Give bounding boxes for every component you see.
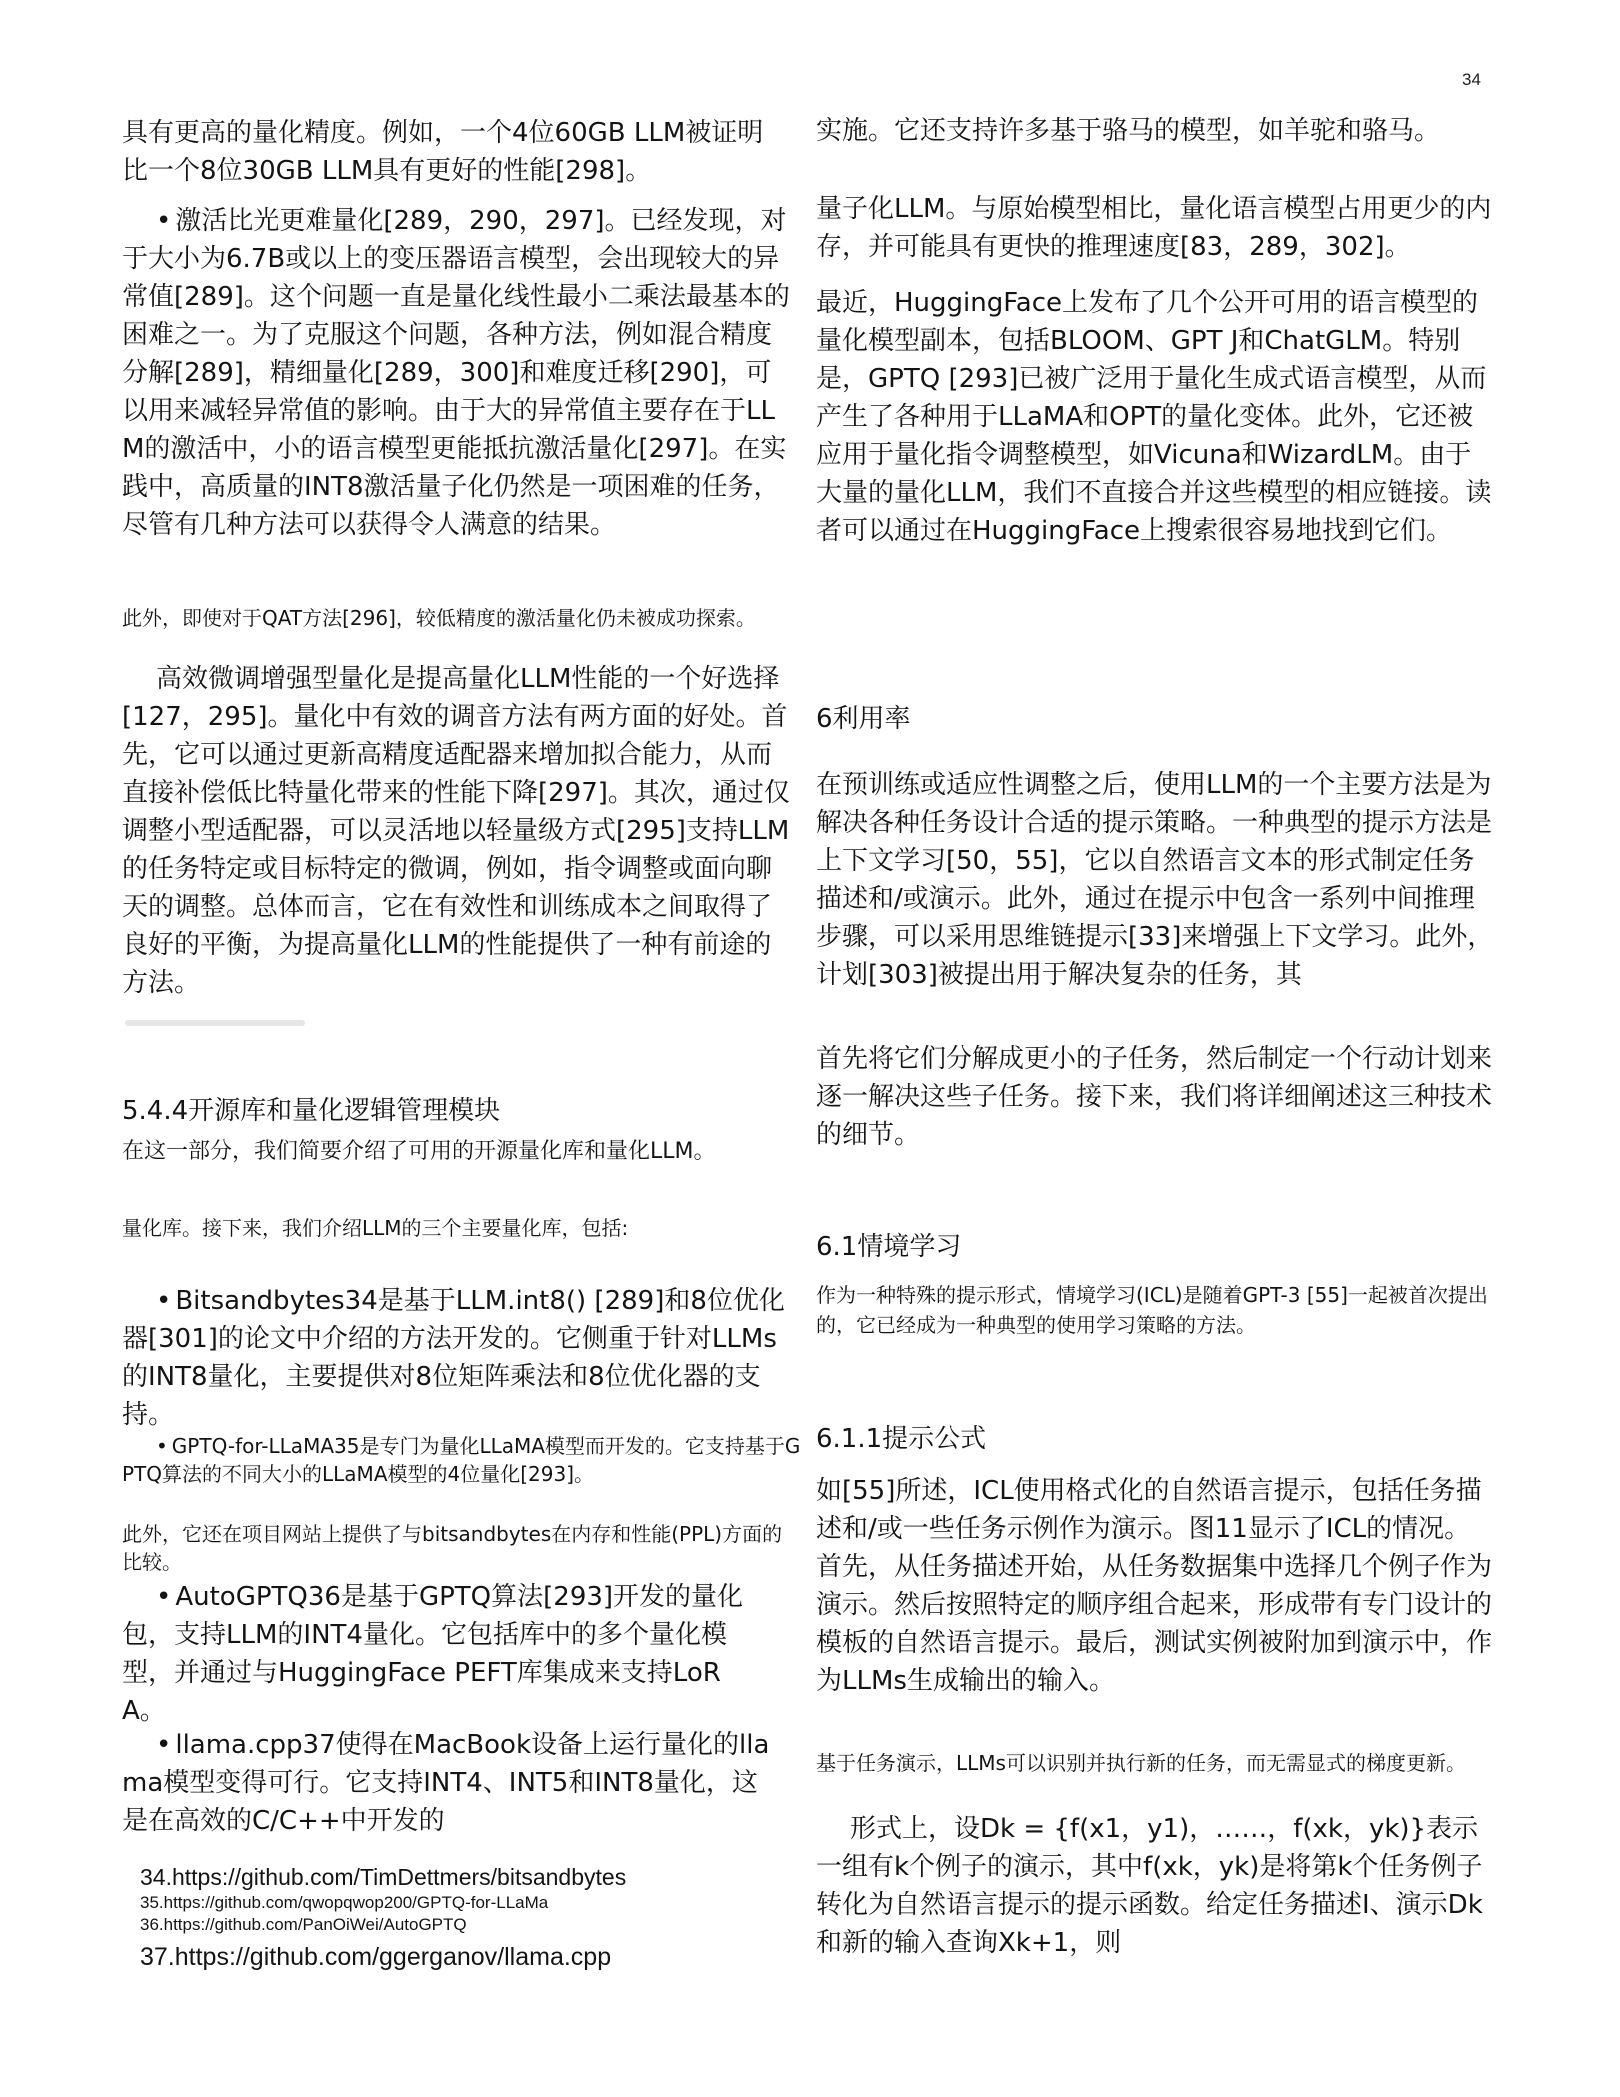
paragraph-no-gradient: 基于任务演示，LLMs可以识别并执行新的任务，而无需显式的梯度更新。 xyxy=(816,1748,1496,1778)
paragraph-formal-definition: 形式上，设Dk = {f(x1，y1)，……，f(xk，yk)}表示一组有k个例… xyxy=(816,1810,1496,1962)
bullet-activation-quantization: 激活比光更难量化[289，290，297]。已经发现，对于大小为6.7B或以上的… xyxy=(122,202,794,544)
paragraph-action-plan: 首先将它们分解成更小的子任务，然后制定一个行动计划来逐一解决这些子任务。接下来，… xyxy=(816,1040,1496,1154)
section-heading-5-4-4: 5.4.4开源库和量化逻辑管理模块 xyxy=(122,1094,782,1128)
paragraph-gptq-comparison: 此外，它还在项目网站上提供了与bitsandbytes在内存和性能(PPL)方面… xyxy=(122,1520,802,1576)
footnote-34: 34.https://github.com/TimDettmers/bitsan… xyxy=(140,1862,800,1892)
paragraph-intro-libraries: 在这一部分，我们简要介绍了可用的开源量化库和量化LLM。 xyxy=(122,1136,782,1168)
paragraph-efficient-finetune: 高效微调增强型量化是提高量化LLM性能的一个好选择[127，295]。量化中有效… xyxy=(122,660,794,1002)
bullet-bitsandbytes: Bitsandbytes34是基于LLM.int8() [289]和8位优化器[… xyxy=(122,1282,794,1434)
footnote-36: 36.https://github.com/PanOiWei/AutoGPTQ xyxy=(140,1914,800,1936)
paragraph-icl-intro: 作为一种特殊的提示形式，情境学习(ICL)是随着GPT-3 [55]一起被首次提… xyxy=(816,1280,1496,1340)
paragraph-utilization: 在预训练或适应性调整之后，使用LLM的一个主要方法是为解决各种任务设计合适的提示… xyxy=(816,766,1496,994)
section-heading-6-1-1: 6.1.1提示公式 xyxy=(816,1422,1216,1456)
section-heading-6-1: 6.1情境学习 xyxy=(816,1230,1216,1264)
paragraph-prompt-formulation: 如[55]所述，ICL使用格式化的自然语言提示，包括任务描述和/或一些任务示例作… xyxy=(816,1472,1496,1700)
paragraph-implementation: 实施。它还支持许多基于骆马的模型，如羊驼和骆马。 xyxy=(816,112,1496,150)
bullet-gptq-for-llama: GPTQ-for-LLaMA35是专门为量化LLaMA模型而开发的。它支持基于G… xyxy=(122,1432,802,1488)
page-number: 34 xyxy=(1462,70,1481,90)
footnotes: 34.https://github.com/TimDettmers/bitsan… xyxy=(140,1862,800,1974)
paragraph-quant-precision: 具有更高的量化精度。例如，一个4位60GB LLM被证明比一个8位30GB LL… xyxy=(122,114,778,190)
footnote-35: 35.https://github.com/qwopqwop200/GPTQ-f… xyxy=(140,1892,800,1914)
footnote-37: 37.https://github.com/ggerganov/llama.cp… xyxy=(140,1940,800,1974)
paragraph-quant-libraries: 量化库。接下来，我们介绍LLM的三个主要量化库，包括: xyxy=(122,1214,802,1242)
section-heading-6-utilization: 6利用率 xyxy=(816,702,1216,736)
paragraph-qat: 此外，即使对于QAT方法[296]，较低精度的激活量化仍未被成功探索。 xyxy=(122,604,794,632)
paragraph-huggingface-models: 最近，HuggingFace上发布了几个公开可用的语言模型的量化模型副本，包括B… xyxy=(816,284,1496,550)
paragraph-quantized-llm: 量子化LLM。与原始模型相比，量化语言模型占用更少的内存，并可能具有更快的推理速… xyxy=(816,190,1496,266)
bullet-llama-cpp: llama.cpp37使得在MacBook设备上运行量化的llama模型变得可行… xyxy=(122,1726,782,1840)
scan-smudge xyxy=(125,1020,305,1026)
bullet-autogptq: AutoGPTQ36是基于GPTQ算法[293]开发的量化包，支持LLM的INT… xyxy=(122,1578,762,1730)
